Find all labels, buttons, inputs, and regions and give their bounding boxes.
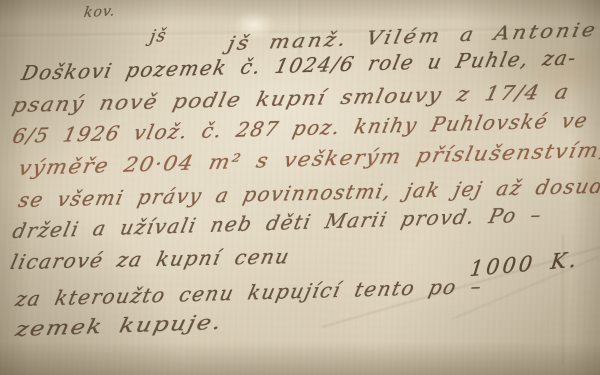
document-photo: kov. jš jš manž. Vilém a Antonie Doškovi… xyxy=(0,0,600,375)
corner-note: kov. xyxy=(83,3,117,21)
